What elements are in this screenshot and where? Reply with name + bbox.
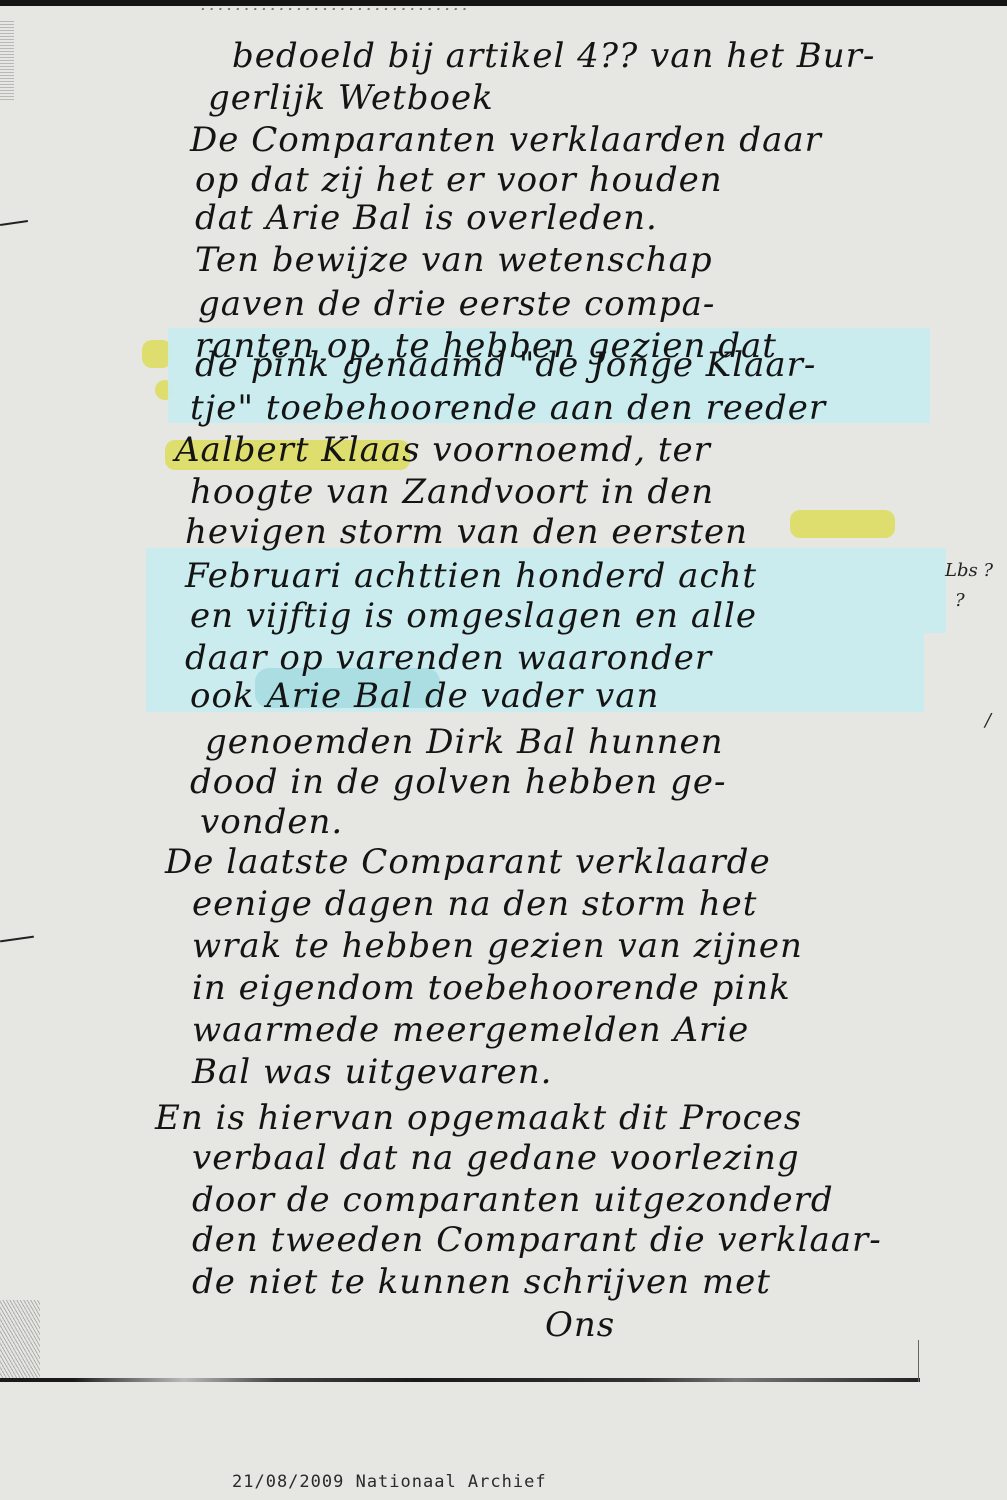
text-line: den tweeden Comparant die verklaar-	[192, 1220, 882, 1260]
text-line: de niet te kunnen schrijven met	[192, 1262, 771, 1302]
yellow-highlight-eersten	[790, 510, 895, 538]
margin-annotation: /	[985, 710, 991, 731]
text-line: gerlijk Wetboek	[208, 78, 494, 118]
text-line: Ons	[545, 1305, 615, 1345]
margin-annotation: Lbs ?	[945, 560, 993, 581]
text-line: De Comparanten verklaarden daar	[190, 120, 822, 160]
text-line: Februari achttien honderd acht	[185, 556, 757, 596]
scan-bottom-border	[0, 1378, 920, 1382]
text-line: op dat zij het er voor houden	[195, 160, 723, 200]
text-line: De laatste Comparant verklaarde	[165, 842, 771, 882]
text-line: gaven de drie eerste compa-	[198, 284, 715, 324]
text-line: door de comparanten uitgezonderd	[192, 1180, 834, 1220]
text-line: ook Arie Bal de vader van	[190, 676, 659, 716]
margin-annotation: ?	[955, 590, 965, 611]
text-line: vonden.	[200, 802, 343, 842]
text-line: hevigen storm van den eersten	[185, 512, 748, 552]
margin-mark	[0, 936, 34, 943]
scan-right-rule	[918, 1340, 919, 1382]
margin-mark	[0, 220, 28, 226]
text-line: verbaal dat na gedane voorlezing	[192, 1138, 800, 1178]
text-line: waarmede meergemelden Arie	[192, 1010, 749, 1050]
text-line: En is hiervan opgemaakt dit Proces	[155, 1098, 802, 1138]
text-line: en vijftig is omgeslagen en alle	[190, 596, 757, 636]
text-line: wrak te hebben gezien van zijnen	[192, 926, 803, 966]
text-line: in eigendom toebehoorende pink	[192, 968, 791, 1008]
scan-edge-noise	[0, 20, 14, 100]
text-line: bedoeld bij artikel 4?? van het Bur-	[232, 36, 875, 76]
text-line: eenige dagen na den storm het	[192, 884, 757, 924]
text-line: Ten bewijze van wetenschap	[195, 240, 713, 280]
text-line: genoemden Dirk Bal hunnen	[205, 722, 724, 762]
text-line: hoogte van Zandvoort in den	[190, 472, 714, 512]
text-line: dood in de golven hebben ge-	[190, 762, 726, 802]
text-line: dat Arie Bal is overleden.	[195, 198, 658, 238]
text-line: Bal was uitgevaren.	[192, 1052, 552, 1092]
text-line: daar op varenden waaronder	[185, 638, 712, 678]
archive-stamp: 21/08/2009 Nationaal Archief	[232, 1472, 547, 1492]
scan-edge-noise	[0, 1300, 40, 1380]
scanned-document-page: ............................... bedoeld …	[0, 0, 1007, 1500]
text-line: de pink genaamd "de Jonge Klaar-	[195, 345, 816, 385]
text-line: Aalbert Klaas voornoemd, ter	[175, 430, 711, 470]
cutoff-previous-line: ...............................	[200, 0, 900, 10]
text-line: tje" toebehoorende aan den reeder	[190, 388, 826, 428]
